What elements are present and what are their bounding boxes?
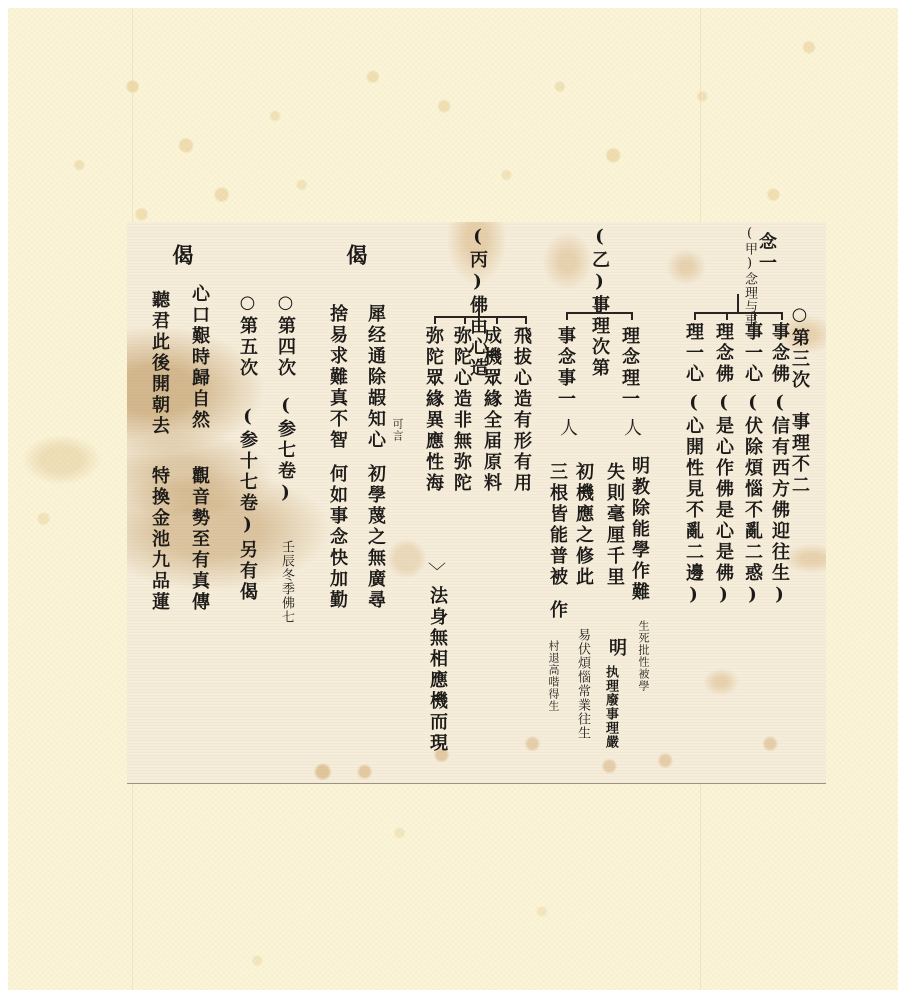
- tree-tick: [631, 312, 633, 320]
- verse2-line-3: 聽君此後開朝去: [150, 290, 168, 437]
- note-li-3: 明: [607, 638, 625, 659]
- tree-tick: [464, 316, 466, 324]
- note-shi-5: 村退高喈得生: [548, 640, 559, 712]
- note-li-4: 生死批性被學: [638, 620, 649, 692]
- tree-tick: [781, 312, 783, 320]
- section3-b-label: (乙)事理次第: [590, 226, 608, 296]
- section5-note: 另有偈: [238, 540, 256, 603]
- note-li-5: 执理廢事理嚴: [604, 665, 617, 749]
- note-shi-4: 作: [548, 600, 566, 621]
- branch-shi-nianfo: 事念佛: [770, 322, 788, 385]
- verse1-line-4: 何如事念快加勤: [328, 464, 346, 611]
- verse1-title: 偈: [346, 244, 367, 268]
- note-li-2: 失則毫厘千里: [605, 462, 623, 588]
- verse2-line-4: 特換金池九品蓮: [150, 466, 168, 613]
- branch-li-yixin: 理一心: [684, 322, 702, 385]
- tree-branch-bar: [566, 312, 632, 314]
- note-shi-1: 初機應之修此: [574, 462, 592, 588]
- note-shi-2: 易伏煩惱常業往生: [576, 628, 589, 740]
- tree-tick: [754, 312, 756, 320]
- verse1-line-1: 犀经通除嘏知心: [366, 304, 384, 451]
- branch-c-2: 成機眾緣全届原料: [482, 326, 500, 494]
- tree-stem: [596, 296, 598, 312]
- section5-detail: (参十七卷): [238, 406, 256, 538]
- note-shi-yixin: (伏除煩惱不亂二惑): [743, 392, 761, 608]
- tree-tick: [525, 316, 527, 324]
- branch-c-3: 弥陀心造非無弥陀: [452, 326, 470, 494]
- caret-mark: 人: [622, 418, 640, 439]
- branch-shi-yixin: 事一心: [743, 322, 761, 385]
- verse2-line-1: 心口艱時歸自然: [190, 284, 208, 431]
- tree-tick: [434, 316, 436, 324]
- section3-a-label: (甲)念理与事: [720, 226, 756, 298]
- tree-branch-bar: [694, 312, 782, 314]
- branch-c-4: 弥陀眾緣異應性海: [424, 326, 442, 494]
- section4-detail: (参七卷): [276, 395, 294, 506]
- verse1-line-2: 初學蔑之無廣尋: [366, 464, 384, 611]
- note-li-1: 明教除能學作難: [630, 456, 648, 603]
- branch-c-1: 飛拔心造有形有用: [512, 326, 530, 494]
- caret-mark: 人: [558, 418, 576, 439]
- verse2-line-2: 觀音勢至有真傳: [190, 466, 208, 613]
- tree-branch-bar: [434, 316, 526, 318]
- note-shi-nianfo: (信有西方佛迎往生): [770, 392, 788, 608]
- note-li-nianfo: (是心作佛是心是佛): [714, 392, 732, 608]
- section4-heading: ○第四次: [276, 292, 294, 379]
- section3-a-head: 念一: [757, 232, 775, 274]
- c-note: 法身無相應機而現: [428, 586, 446, 754]
- tree-tick: [566, 312, 568, 320]
- branch-shi-nian-shi-yi: 事念事一: [556, 326, 574, 410]
- caret-mark: ﹀: [426, 562, 444, 583]
- section5-heading: ○第五次: [238, 292, 256, 379]
- tree-tick: [496, 316, 498, 324]
- branch-li-nianfo: 理念佛: [714, 322, 732, 385]
- verse2-title: 偈: [172, 244, 193, 268]
- section4-note: 壬辰冬季佛七: [280, 540, 293, 624]
- tree-tick: [694, 312, 696, 320]
- section3-heading: ○第三次 事理不二: [790, 304, 808, 496]
- verse1-line-3: 捨易求難真不智: [328, 304, 346, 451]
- note-shi-3: 三根皆能普被: [548, 462, 566, 588]
- tree-tick: [726, 312, 728, 320]
- section3-c-label: (丙)佛由心造: [468, 226, 486, 290]
- tree-stem: [478, 300, 480, 316]
- note-li-yixin: (心開性見不亂二邊): [684, 392, 702, 608]
- tree-stem: [737, 294, 739, 312]
- verse1-margin-note: 可言: [392, 418, 403, 442]
- branch-li-nian-li-yi: 理念理一: [620, 326, 638, 410]
